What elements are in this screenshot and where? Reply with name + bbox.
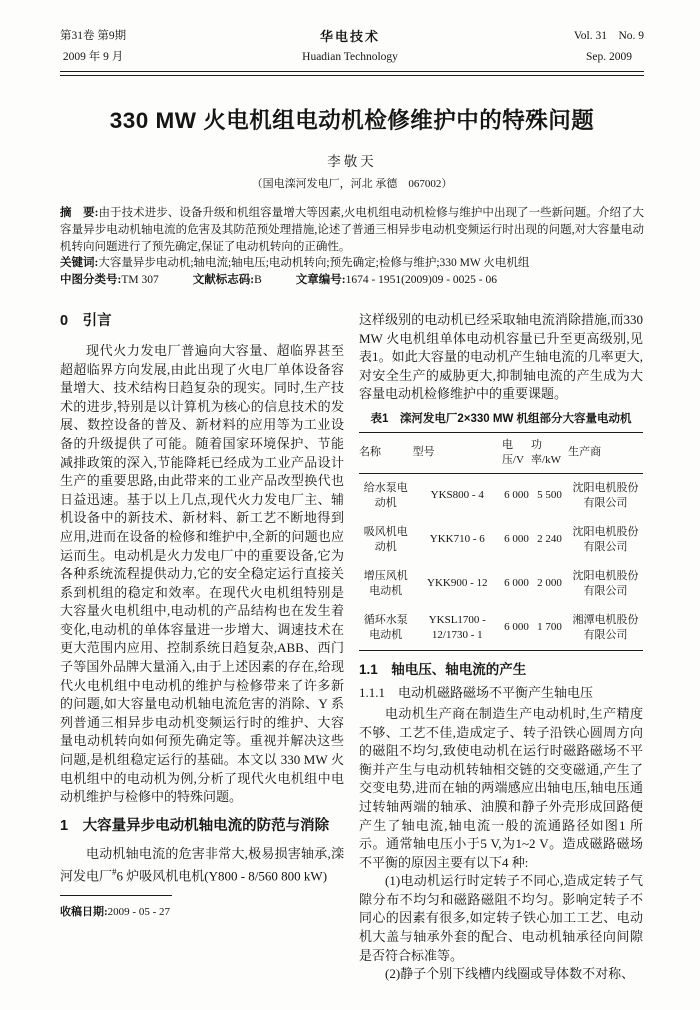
- footnote-rule: [60, 895, 172, 896]
- section-0-paragraph: 现代火力发电厂普遍向大容量、超临界甚至超超临界方向发展,由此出现了火电厂单体设备…: [60, 342, 344, 807]
- col-header-name: 名称: [359, 432, 413, 473]
- table-cell: 5 500: [531, 473, 568, 518]
- section-1-heading: 1 大容量异步电动机轴电流的防范与消除: [60, 816, 344, 836]
- table-cell: 沈阳电机股份有限公司: [568, 562, 643, 606]
- abstract-text: 由于技术进步、设备升级和机组容量增大等因素,火电机组电动机检修与维护中出现了一些…: [60, 207, 644, 253]
- table-cell: 吸风机电动机: [359, 518, 413, 562]
- table-header-row: 名称 型号 电压/V 功率/kW 生产商: [359, 432, 643, 473]
- col-header-power: 功率/kW: [531, 432, 568, 473]
- header-divider: [60, 71, 644, 76]
- journal-name-block: 华电技术 Huadian Technology: [302, 26, 398, 68]
- table-cell: 增压风机电动机: [359, 562, 413, 606]
- two-column-body: 0 引言 现代火力发电厂普遍向大容量、超临界甚至超超临界方向发展,由此出现了火电…: [60, 311, 644, 984]
- journal-name-cn: 华电技术: [302, 26, 398, 47]
- table-cell: YKK900 - 12: [413, 562, 502, 606]
- clc-value: TM 307: [121, 274, 158, 286]
- table-cell: 沈阳电机股份有限公司: [568, 473, 643, 518]
- section-1-1-1-paragraph: 电动机生产商在制造生产电动机时,生产精度不够、工艺不佳,造成定子、转子沿铁心圆周…: [359, 705, 643, 872]
- continued-paragraph: 这样级别的电动机已经采取轴电流消除措施,而330 MW 火电机组单体电动机容量已…: [359, 311, 643, 404]
- abstract-paragraph: 摘 要:由于技术进步、设备升级和机组容量增大等因素,火电机组电动机检修与维护中出…: [60, 205, 644, 255]
- abstract-label: 摘 要:: [60, 207, 98, 219]
- classification-line: 中图分类号:TM 307文献标志码:B文章编号:1674 - 1951(2009…: [60, 272, 644, 289]
- col-header-voltage: 电压/V: [502, 432, 531, 473]
- volume-info: Vol. 31 No. 9 Sep. 2009: [574, 26, 644, 68]
- right-column: 这样级别的电动机已经采取轴电流消除措施,而330 MW 火电机组单体电动机容量已…: [359, 311, 643, 984]
- article-id-label: 文章编号:: [296, 274, 346, 286]
- table-cell: 给水泵电动机: [359, 473, 413, 518]
- received-date-label: 收稿日期:: [60, 906, 108, 918]
- table-row: 给水泵电动机YKS800 - 46 0005 500沈阳电机股份有限公司: [359, 473, 643, 518]
- cause-2-paragraph: (2)静子个别下线槽内线圈或导体数不对称、: [359, 965, 643, 984]
- left-column: 0 引言 现代火力发电厂普遍向大容量、超临界甚至超超临界方向发展,由此出现了火电…: [60, 311, 344, 984]
- col-header-manufacturer: 生产商: [568, 432, 643, 473]
- journal-header: 第31卷 第9期 2009 年 9 月 华电技术 Huadian Technol…: [60, 26, 644, 68]
- received-date-value: 2009 - 05 - 27: [108, 906, 170, 918]
- cause-1-paragraph: (1)电动机运行时定转子不同心,造成定转子气隙分布不均匀和磁路磁阻不均匀。影响定…: [359, 872, 643, 965]
- volume-issue-cn: 第31卷 第9期: [60, 26, 126, 47]
- table-cell: 2 240: [531, 518, 568, 562]
- received-date-footnote: 收稿日期:2009 - 05 - 27: [60, 895, 344, 922]
- table-cell: 6 000: [502, 562, 531, 606]
- section-1-1-1-heading: 1.1.1 电动机磁路磁场不平衡产生轴电压: [359, 683, 643, 702]
- col-header-model: 型号: [413, 432, 502, 473]
- author-affiliation: （国电滦河发电厂，河北 承德 067002）: [60, 175, 644, 191]
- section-1-1-heading: 1.1 轴电压、轴电流的产生: [359, 660, 643, 679]
- author-name: 李敬天: [60, 150, 644, 170]
- keywords-text: 大容量异步电动机;轴电流;轴电压;电动机转向;预先确定;检修与维护;330 MW…: [98, 257, 529, 269]
- received-date-line: 收稿日期:2009 - 05 - 27: [60, 903, 344, 922]
- keywords-label: 关键词:: [60, 257, 98, 269]
- table-cell: YKS800 - 4: [413, 473, 502, 518]
- table-row: 循环水泵电动机YKSL1700 - 12/1730 - 16 0001 700湘…: [359, 606, 643, 651]
- doc-code-value: B: [254, 274, 262, 286]
- table-cell: YKK710 - 6: [413, 518, 502, 562]
- doc-code-label: 文献标志码:: [193, 274, 254, 286]
- date-en: Sep. 2009: [574, 47, 644, 68]
- table-cell: 6 000: [502, 473, 531, 518]
- journal-name-en: Huadian Technology: [302, 47, 398, 68]
- section-0-heading: 0 引言: [60, 311, 344, 331]
- section-1-text-b: 6 炉吸风机电机(Y800 - 8/560 800 kW): [117, 869, 328, 884]
- abstract-block: 摘 要:由于技术进步、设备升级和机组容量增大等因素,火电机组电动机检修与维护中出…: [60, 205, 644, 289]
- table-cell: 湘潭电机股份有限公司: [568, 606, 643, 651]
- table-1-caption: 表1 滦河发电厂2×330 MW 机组部分大容量电动机: [359, 412, 643, 427]
- table-cell: YKSL1700 - 12/1730 - 1: [413, 606, 502, 651]
- section-1-paragraph: 电动机轴电流的危害非常大,极易损害轴承,滦河发电厂#6 炉吸风机电机(Y800 …: [60, 845, 344, 887]
- article-title: 330 MW 火电机组电动机检修维护中的特殊问题: [60, 103, 644, 135]
- clc-label: 中图分类号:: [60, 274, 121, 286]
- volume-issue-en: Vol. 31 No. 9: [574, 26, 644, 47]
- table-cell: 6 000: [502, 606, 531, 651]
- table-cell: 6 000: [502, 518, 531, 562]
- table-cell: 2 000: [531, 562, 568, 606]
- motor-table: 名称 型号 电压/V 功率/kW 生产商 给水泵电动机YKS800 - 46 0…: [359, 432, 643, 651]
- table-cell: 沈阳电机股份有限公司: [568, 518, 643, 562]
- journal-page: 第31卷 第9期 2009 年 9 月 华电技术 Huadian Technol…: [0, 0, 700, 1010]
- table-cell: 循环水泵电动机: [359, 606, 413, 651]
- keywords-line: 关键词:大容量异步电动机;轴电流;轴电压;电动机转向;预先确定;检修与维护;33…: [60, 255, 644, 272]
- table-row: 吸风机电动机YKK710 - 66 0002 240沈阳电机股份有限公司: [359, 518, 643, 562]
- date-cn: 2009 年 9 月: [60, 47, 126, 68]
- article-id-value: 1674 - 1951(2009)09 - 0025 - 06: [346, 274, 497, 286]
- motor-table-head: 名称 型号 电压/V 功率/kW 生产商: [359, 432, 643, 473]
- table-cell: 1 700: [531, 606, 568, 651]
- motor-table-body: 给水泵电动机YKS800 - 46 0005 500沈阳电机股份有限公司吸风机电…: [359, 473, 643, 650]
- issue-info: 第31卷 第9期 2009 年 9 月: [60, 26, 126, 68]
- table-row: 增压风机电动机YKK900 - 126 0002 000沈阳电机股份有限公司: [359, 562, 643, 606]
